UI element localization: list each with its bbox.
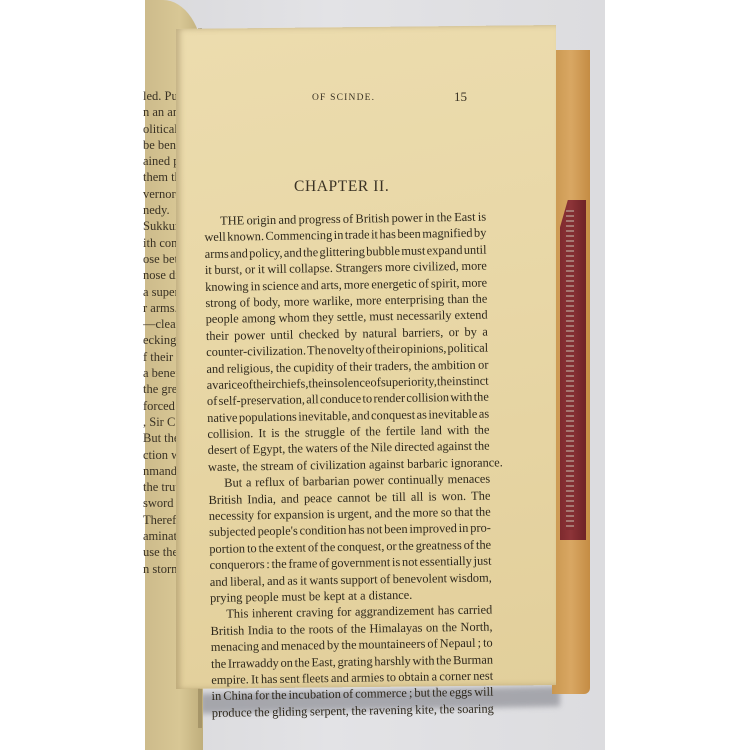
page-number: 15 bbox=[454, 89, 467, 105]
book-spine-leather bbox=[560, 200, 586, 540]
body-text: THEoriginandprogressofBritishpowerintheE… bbox=[204, 209, 494, 721]
chapter-title: CHAPTER II. bbox=[294, 178, 389, 196]
running-head: OF SCINDE. bbox=[312, 93, 375, 103]
